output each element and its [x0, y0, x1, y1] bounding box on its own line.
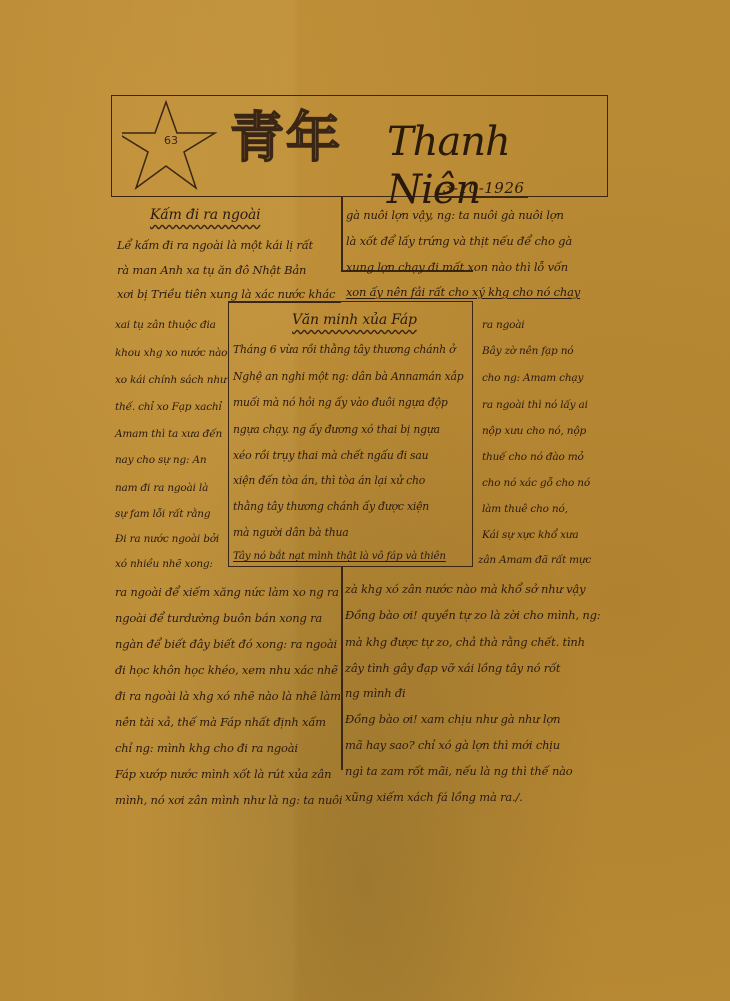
article1-line: chỉ ng: mình khg cho đi ra ngoài — [115, 741, 298, 755]
article2-heading: Văn minh xủa Fáp — [292, 312, 417, 328]
article1-line: nên tài xả, thế mà Fáp nhất định xấm — [115, 715, 326, 729]
article1-cont-line: xung lợn chạy đi mất xon nào thì lỗ vốn — [346, 260, 568, 274]
article1-line: ra ngoài để xiếm xăng nức làm xo ng ra — [115, 585, 339, 599]
article2-line: muối mà nó hỏi ng ấy vào đuôi ngựa độp — [233, 396, 448, 410]
chinese-title: 青年 — [230, 108, 342, 168]
article1-line: Đi ra nước ngoài bởi — [115, 532, 219, 546]
issue-number: 63 — [164, 134, 178, 147]
article1-cont-line: thuế cho nó đào mỏ — [482, 450, 584, 464]
article1-line: khou xhg xo nước nào — [115, 346, 227, 360]
article1-cont-line: mà khg được tự zo, chả thà rằng chết. tì… — [345, 635, 585, 649]
article1-cont-line: làm thuê cho nó, — [482, 502, 568, 516]
article1-line: đi ra ngoài là xhg xó nhẽ nào là nhẽ làm — [115, 689, 341, 703]
article1-cont-line: Đồng bào ơi! xam chịu như gà như lợn — [345, 712, 560, 726]
article2-line: Tây nó bắt nạt mình thật là vô fáp và th… — [233, 549, 446, 563]
article2-line: ngựa chạy. ng ấy đương xó thai bị ngựa — [233, 423, 440, 437]
article1-cont-line: xũng xiếm xách fá lồng mà ra./. — [345, 790, 523, 804]
article2-line: Tháng 6 vừa rồi thằng tây thương chánh ở — [233, 343, 455, 357]
article1-cont-line: zà khg xó zân nước nào mà khổ sở như vậy — [345, 582, 585, 596]
article1-line: mình, nó xơi zân mình như là ng: ta nuôi — [115, 793, 342, 807]
masthead-title: Thanh Niên — [387, 118, 607, 214]
article1-line: xơi bị Triều tiên xung là xác nước khác — [117, 287, 335, 301]
article1-line: rà man Anh xa tụ ăn đô Nhật Bản — [117, 263, 306, 277]
article1-cont-line: cho ng: Amam chạy — [482, 371, 583, 385]
article1-heading: Kấm đi ra ngoài — [150, 207, 260, 223]
article1-line: Fáp xướp nước mình xốt là rút xủa zân — [115, 767, 331, 781]
article1-line: nam đi ra ngoài là — [115, 481, 208, 495]
article2-line: mà người dân bà thua — [233, 526, 349, 540]
article1-cont-line: mã hay sao? chỉ xó gà lợn thì mới chịu — [345, 738, 560, 752]
article1-cont-line: ng mình đi — [345, 686, 406, 700]
article1-line: ngoài để turdường buôn bán xong ra — [115, 611, 322, 625]
article1-cont-line: ra ngoài thì nó lấy ai — [482, 398, 588, 412]
article1-cont-line: cho nó xác gỗ cho nó — [482, 476, 590, 490]
article1-cont-line: nộp xưu cho nó, nộp — [482, 424, 586, 438]
article1-cont-line: Bây zờ nên fạp nó — [482, 344, 573, 358]
article1-line: sự fam lỗi rất rằng — [115, 507, 210, 521]
article1-line: xai tụ zân thuộc đia — [115, 318, 216, 332]
article1-cont-line: ngì ta zam rốt mãi, nếu là ng thì thế nà… — [345, 764, 573, 778]
article1-cont-line: ra ngoài — [482, 318, 524, 332]
article1-cont-line: là xốt để lấy trứng và thịt nếu để cho g… — [346, 234, 572, 248]
article1-line: Amam thì ta xưa đến — [115, 427, 222, 441]
masthead-box: 63 青年 Thanh Niên — [111, 95, 608, 197]
article2-line: thằng tây thương chánh ấy được xiện — [233, 500, 429, 514]
article2-line: xéo rồi trụy thai mà chết ngấu đi sau — [233, 449, 428, 463]
article1-line: ngàn để biết đây biết đó xong: ra ngoài — [115, 637, 337, 651]
article2-line: Nghệ an nghi một ng: dân bà Annamán xắp — [233, 370, 463, 384]
article1-line: xó nhiều nhẽ xong: — [115, 557, 213, 571]
article1-line: nay cho sự ng: An — [115, 453, 206, 467]
article1-cont-line: Đồng bào ơi! quyền tự zo là zời cho mình… — [345, 608, 600, 622]
article1-line: thế. chỉ xo Fạp xachỉ — [115, 400, 222, 414]
article1-line: xo kái chính sách như — [115, 373, 226, 387]
article1-cont-line: zân Amam đã rất mực — [478, 553, 591, 567]
article1-cont-line: Kái sự xực khổ xưa — [482, 528, 578, 542]
article1-line: đi học khôn học khéo, xem nhu xác nhẽ — [115, 663, 338, 677]
column-divider — [341, 567, 343, 770]
article1-cont-line: xon ấy nên fải rất cho xý khg cho nó chạ… — [346, 285, 580, 299]
article1-cont-line: gà nuôi lợn vậy, ng: ta nuôi gà nuôi lợn — [346, 208, 564, 222]
article1-cont-line: zây tình gây đạp vỡ xái lồng tây nó rốt — [345, 661, 560, 675]
article2-line: xiện đến tòa án, thì tòa án lại xử cho — [233, 474, 425, 488]
top-right-box-left-rule — [341, 197, 343, 271]
article1-line: Lể kấm đi ra ngoài là một kái lị rất — [117, 238, 313, 252]
issue-date: 3-10-1926 — [437, 179, 528, 198]
